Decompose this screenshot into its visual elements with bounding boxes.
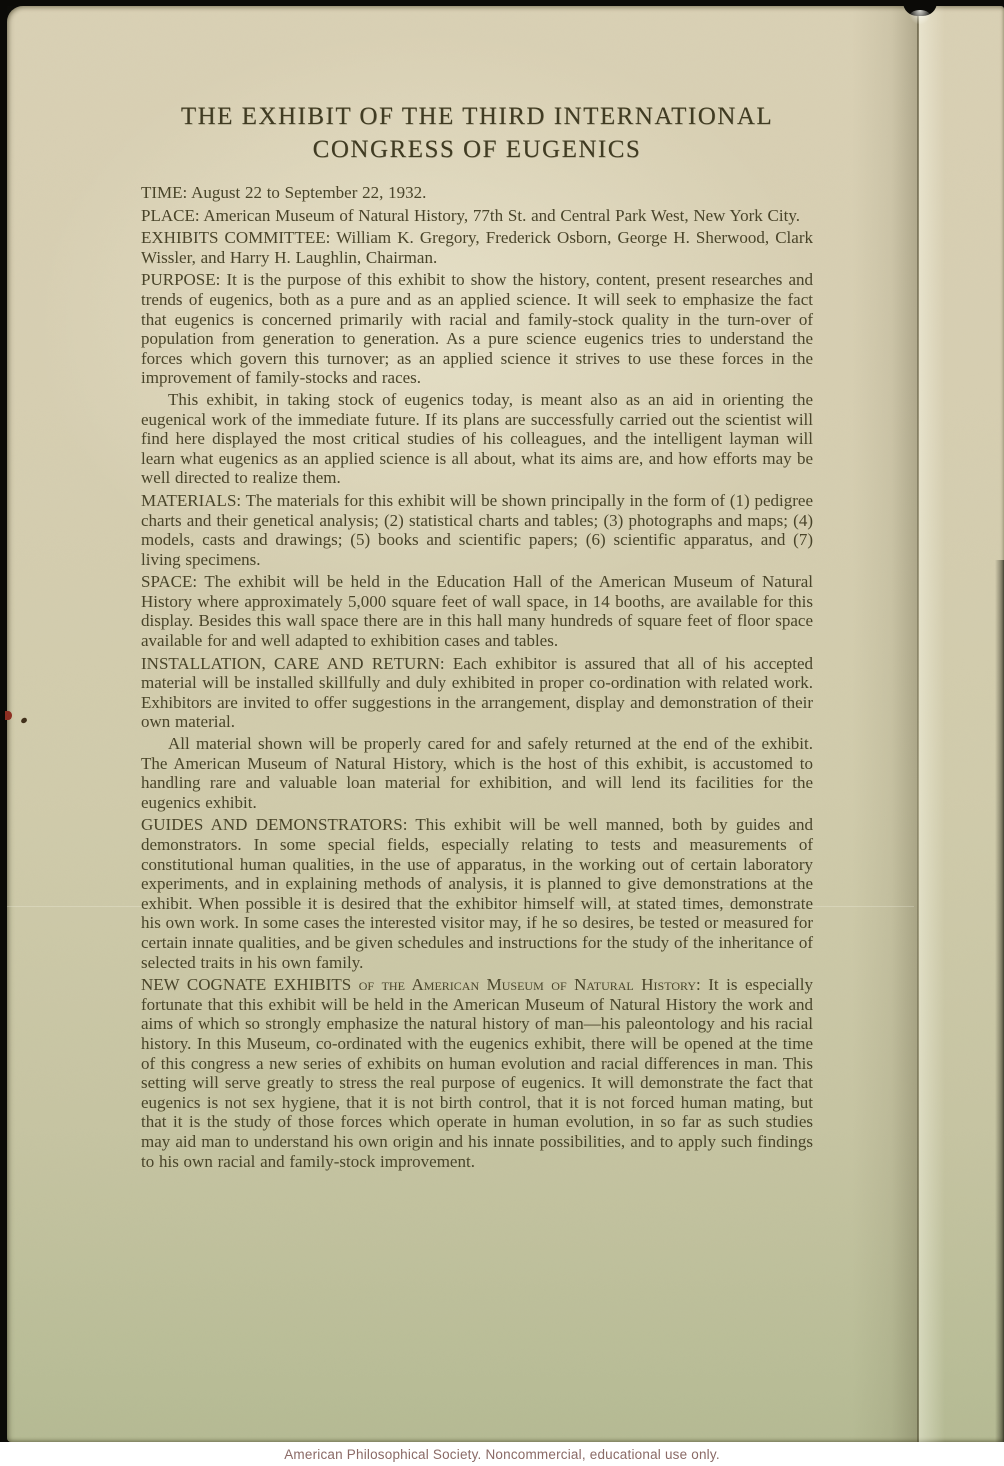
paragraph-text: It is the purpose of this exhibit to sho…: [141, 270, 813, 387]
paragraph-label: PLACE:: [141, 206, 203, 225]
paragraph-label-smallcaps: of the American Museum of Natural Histor…: [359, 975, 709, 994]
paragraph-label: TIME:: [141, 183, 191, 202]
title-line-2: CONGRESS OF EUGENICS: [313, 136, 642, 163]
paragraph: This exhibit, in taking stock of eugenic…: [141, 390, 813, 488]
paragraph: INSTALLATION, CARE AND RETURN: Each exhi…: [141, 654, 813, 732]
paragraph-text: American Museum of Natural History, 77th…: [203, 206, 800, 225]
paragraph: NEW COGNATE EXHIBITS of the American Mus…: [141, 975, 813, 1171]
paragraph: MATERIALS: The materials for this exhibi…: [141, 491, 813, 569]
paragraph-text: It is especially fortunate that this exh…: [141, 975, 813, 1170]
paragraph-label: GUIDES AND DEMONSTRATORS:: [141, 815, 415, 834]
paragraph-text: August 22 to September 22, 1932.: [191, 183, 426, 202]
paragraph-label: EXHIBITS COMMITTEE:: [141, 228, 336, 247]
paragraph-text: All material shown will be properly care…: [141, 734, 813, 812]
page-title: THE EXHIBIT OF THE THIRD INTERNATIONAL C…: [141, 100, 813, 166]
paragraph: All material shown will be properly care…: [141, 734, 813, 812]
paragraph: TIME: August 22 to September 22, 1932.: [141, 183, 813, 203]
paragraph-label: PURPOSE:: [141, 270, 226, 289]
paragraph: PLACE: American Museum of Natural Histor…: [141, 206, 813, 226]
fold-crease-shadow: [852, 6, 918, 1442]
page-right-edge-shadow: [995, 560, 1004, 1442]
title-line-1: THE EXHIBIT OF THE THIRD INTERNATIONAL: [181, 103, 773, 130]
text-column: THE EXHIBIT OF THE THIRD INTERNATIONAL C…: [141, 100, 813, 1173]
watermark-bar: American Philosophical Society. Noncomme…: [0, 1442, 1004, 1466]
paragraph-text: This exhibit will be well manned, both b…: [141, 815, 813, 971]
paragraph-text: The exhibit will be held in the Educatio…: [141, 572, 813, 650]
scan-background: THE EXHIBIT OF THE THIRD INTERNATIONAL C…: [0, 0, 1004, 1466]
paragraph: SPACE: The exhibit will be held in the E…: [141, 572, 813, 650]
paragraph-label: MATERIALS:: [141, 491, 246, 510]
fold-top-curl-highlight: [909, 10, 931, 24]
paragraph-label: SPACE:: [141, 572, 204, 591]
fold-crease-highlight: [919, 6, 945, 1442]
paragraph: GUIDES AND DEMONSTRATORS: This exhibit w…: [141, 815, 813, 972]
paragraph: PURPOSE: It is the purpose of this exhib…: [141, 270, 813, 388]
paragraph-label: NEW COGNATE EXHIBITS: [141, 975, 359, 994]
fold-crease-line: [917, 6, 919, 1442]
paragraph-list: TIME: August 22 to September 22, 1932.PL…: [141, 183, 813, 1171]
paragraph-text: This exhibit, in taking stock of eugenic…: [141, 390, 813, 487]
paragraph-label: INSTALLATION, CARE AND RETURN:: [141, 654, 453, 673]
watermark-text: American Philosophical Society. Noncomme…: [284, 1447, 720, 1462]
red-edge-mark: [5, 711, 12, 720]
paragraph: EXHIBITS COMMITTEE: William K. Gregory, …: [141, 228, 813, 267]
